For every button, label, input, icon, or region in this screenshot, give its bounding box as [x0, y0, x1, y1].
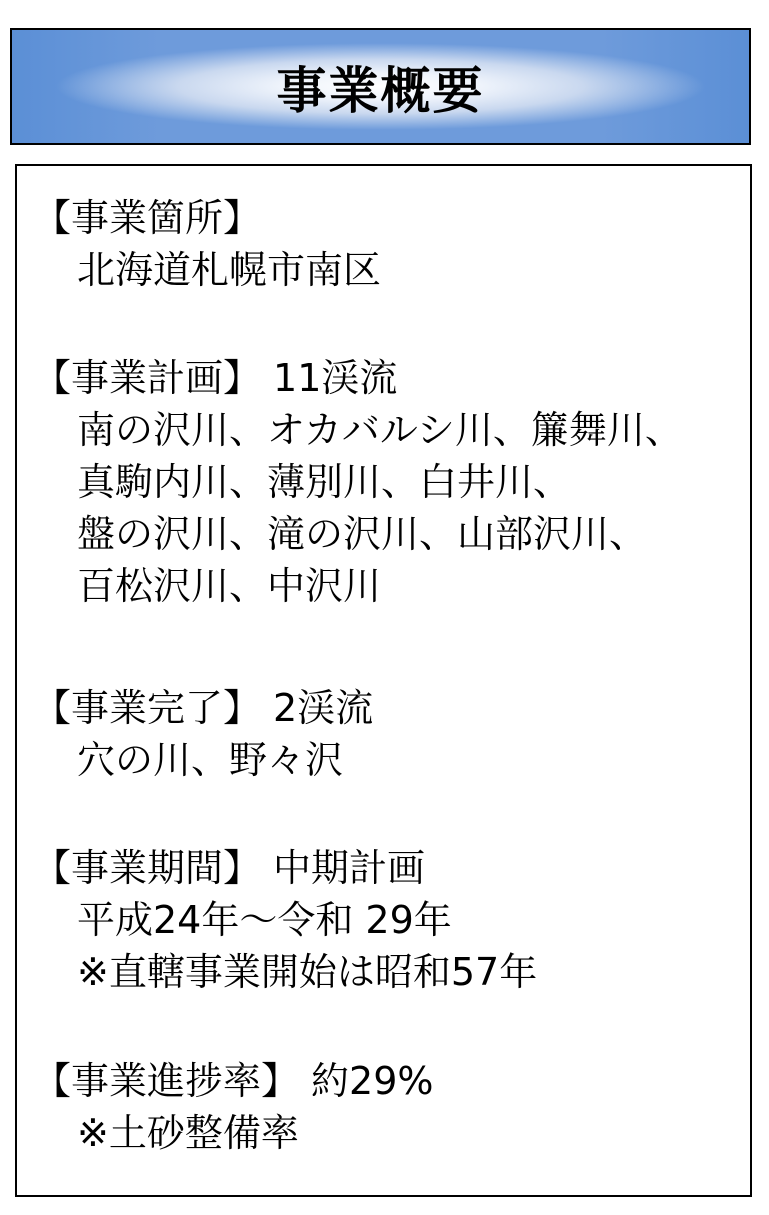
section-heading: 【事業箇所】	[33, 192, 381, 244]
section-period: 【事業期間】中期計画 平成24年～令和 29年 ※直轄事業開始は昭和57年	[33, 842, 537, 998]
section-completed: 【事業完了】2渓流 穴の川、野々沢	[33, 682, 373, 786]
page-title: 事業概要	[277, 51, 485, 123]
section-line: ※直轄事業開始は昭和57年	[33, 946, 537, 998]
section-line: 南の沢川、オカバルシ川、簾舞川、	[33, 404, 683, 456]
section-line: 百松沢川、中沢川	[33, 560, 683, 612]
heading-label: 【事業箇所】	[33, 196, 261, 240]
section-line: 平成24年～令和 29年	[33, 894, 537, 946]
heading-value: 中期計画	[273, 846, 425, 890]
section-line: 北海道札幌市南区	[33, 244, 381, 296]
section-line: ※土砂整備率	[33, 1107, 433, 1159]
section-location: 【事業箇所】 北海道札幌市南区	[33, 192, 381, 296]
heading-label: 【事業計画】	[33, 356, 261, 400]
section-line: 真駒内川、薄別川、白井川、	[33, 456, 683, 508]
section-heading: 【事業期間】中期計画	[33, 842, 537, 894]
summary-box: 【事業箇所】 北海道札幌市南区 【事業計画】11渓流 南の沢川、オカバルシ川、簾…	[15, 164, 752, 1197]
heading-label: 【事業進捗率】	[33, 1059, 299, 1103]
section-heading: 【事業計画】11渓流	[33, 352, 683, 404]
section-plan: 【事業計画】11渓流 南の沢川、オカバルシ川、簾舞川、 真駒内川、薄別川、白井川…	[33, 352, 683, 612]
section-line: 盤の沢川、滝の沢川、山部沢川、	[33, 508, 683, 560]
title-banner: 事業概要	[10, 28, 751, 145]
heading-value: 約29%	[311, 1059, 433, 1103]
section-progress: 【事業進捗率】約29% ※土砂整備率	[33, 1055, 433, 1159]
heading-label: 【事業期間】	[33, 846, 261, 890]
section-heading: 【事業進捗率】約29%	[33, 1055, 433, 1107]
section-line: 穴の川、野々沢	[33, 734, 373, 786]
section-heading: 【事業完了】2渓流	[33, 682, 373, 734]
heading-value: 11渓流	[273, 356, 397, 400]
heading-value: 2渓流	[273, 686, 373, 730]
heading-label: 【事業完了】	[33, 686, 261, 730]
